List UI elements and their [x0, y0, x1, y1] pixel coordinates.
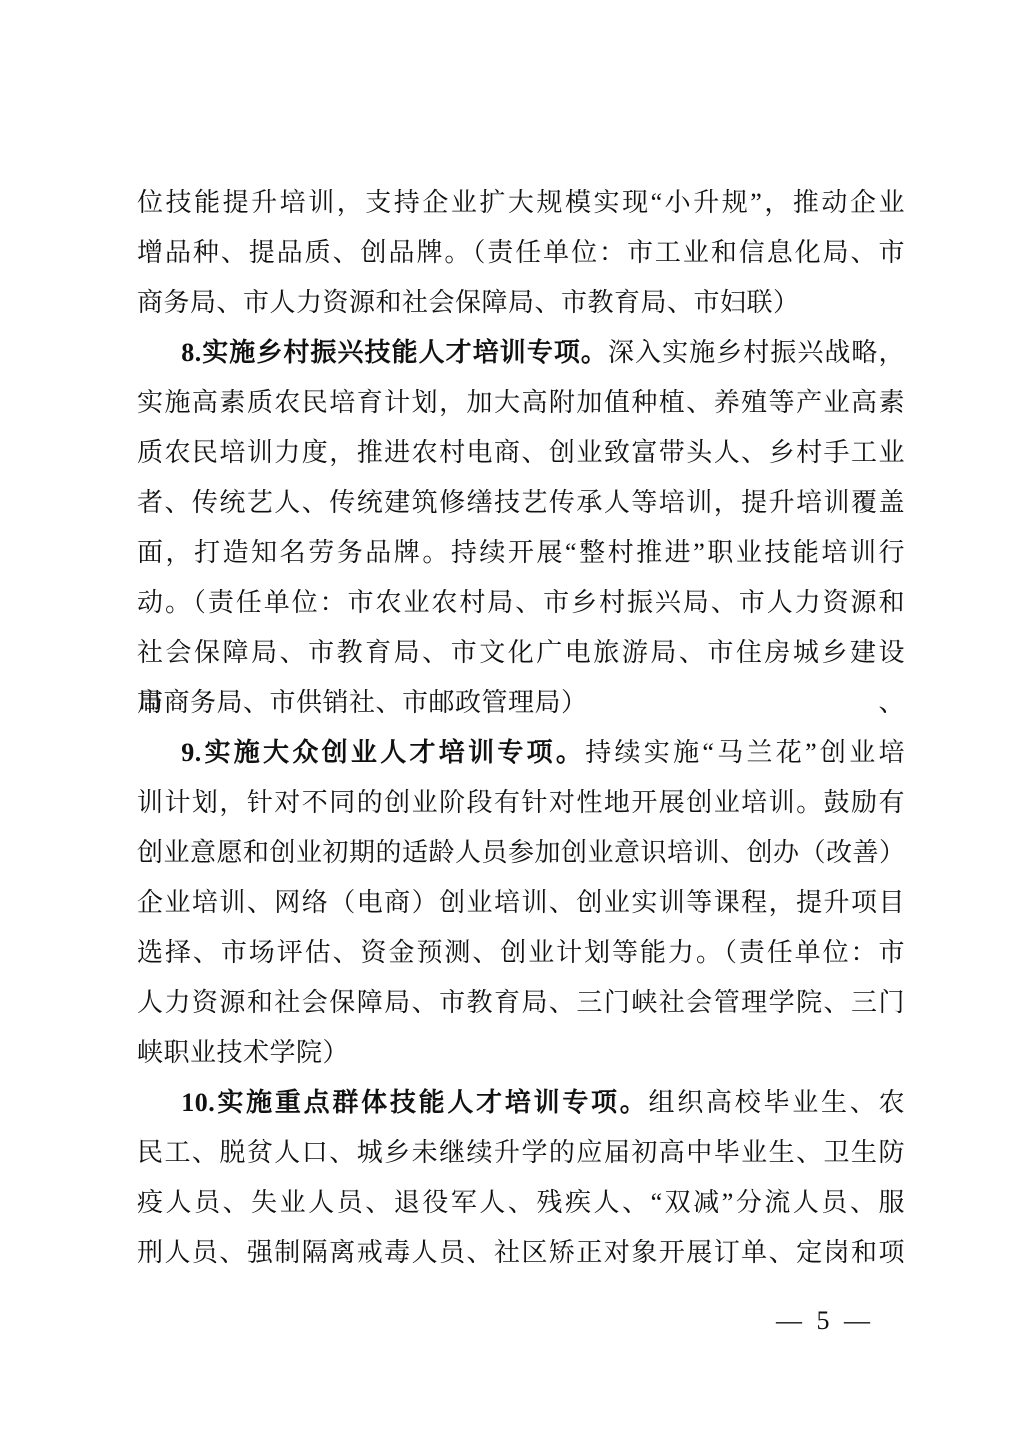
text-line: 位技能提升培训，支持企业扩大规模实现“小升规”，推动企业 [137, 178, 905, 228]
text-line: 者、传统艺人、传统建筑修缮技艺传承人等培训，提升培训覆盖 [137, 478, 905, 528]
line-text: 选择、市场评估、资金预测、创业计划等能力。（责任单位：市 [137, 938, 905, 967]
line-text: 疫人员、失业人员、退役军人、残疾人、“双减”分流人员、服 [137, 1188, 905, 1217]
line-text: 刑人员、强制隔离戒毒人员、社区矫正对象开展订单、定岗和项 [137, 1238, 905, 1267]
text-line: 质农民培训力度，推进农村电商、创业致富带头人、乡村手工业 [137, 428, 905, 478]
line-text: 企业培训、网络（电商）创业培训、创业实训等课程，提升项目 [137, 888, 905, 917]
text-line: 商务局、市人力资源和社会保障局、市教育局、市妇联） [137, 278, 905, 328]
text-line: 9.实施大众创业人才培训专项。持续实施“马兰花”创业培 [137, 728, 905, 778]
line-text: 深入实施乡村振兴战略， [608, 338, 905, 367]
text-line: 社会保障局、市教育局、市文化广电旅游局、市住房城乡建设局、 [137, 628, 905, 678]
line-text: 商务局、市人力资源和社会保障局、市教育局、市妇联） [137, 288, 800, 317]
text-line: 增品种、提品质、创品牌。（责任单位：市工业和信息化局、市 [137, 228, 905, 278]
line-text: 者、传统艺人、传统建筑修缮技艺传承人等培训，提升培训覆盖 [137, 488, 905, 517]
line-text: 人力资源和社会保障局、市教育局、三门峡社会管理学院、三门 [137, 988, 905, 1017]
text-line: 训计划，针对不同的创业阶段有针对性地开展创业培训。鼓励有 [137, 778, 905, 828]
text-line: 疫人员、失业人员、退役军人、残疾人、“双减”分流人员、服 [137, 1178, 905, 1228]
page-number: — 5 — [776, 1305, 874, 1337]
line-text: 位技能提升培训，支持企业扩大规模实现“小升规”，推动企业 [137, 188, 905, 217]
text-line: 人力资源和社会保障局、市教育局、三门峡社会管理学院、三门 [137, 978, 905, 1028]
text-line: 创业意愿和创业初期的适龄人员参加创业意识培训、创办（改善） [137, 828, 905, 878]
line-text: 面，打造知名劳务品牌。持续开展“整村推进”职业技能培训行 [137, 538, 905, 567]
text-line: 动。（责任单位：市农业农村局、市乡村振兴局、市人力资源和 [137, 578, 905, 628]
line-text: 峡职业技术学院） [137, 1038, 349, 1067]
text-line: 10.实施重点群体技能人才培训专项。组织高校毕业生、农 [137, 1078, 905, 1128]
line-text: 组织高校毕业生、农 [649, 1088, 905, 1117]
text-line: 选择、市场评估、资金预测、创业计划等能力。（责任单位：市 [137, 928, 905, 978]
line-text: 动。（责任单位：市农业农村局、市乡村振兴局、市人力资源和 [137, 588, 905, 617]
document-body: 位技能提升培训，支持企业扩大规模实现“小升规”，推动企业增品种、提品质、创品牌。… [137, 178, 905, 1278]
section-heading: 9.实施大众创业人才培训专项。 [181, 738, 585, 767]
text-line: 8.实施乡村振兴技能人才培训专项。深入实施乡村振兴战略， [137, 328, 905, 378]
line-text: 市商务局、市供销社、市邮政管理局） [137, 688, 588, 717]
text-line: 峡职业技术学院） [137, 1028, 905, 1078]
document-page: 位技能提升培训，支持企业扩大规模实现“小升规”，推动企业增品种、提品质、创品牌。… [0, 0, 1024, 1455]
text-line: 实施高素质农民培育计划，加大高附加值种植、养殖等产业高素 [137, 378, 905, 428]
line-text: 实施高素质农民培育计划，加大高附加值种植、养殖等产业高素 [137, 388, 905, 417]
section-heading: 8.实施乡村振兴技能人才培训专项。 [181, 338, 608, 367]
text-line: 刑人员、强制隔离戒毒人员、社区矫正对象开展订单、定岗和项 [137, 1228, 905, 1278]
text-line: 民工、脱贫人口、城乡未继续升学的应届初高中毕业生、卫生防 [137, 1128, 905, 1178]
line-text: 增品种、提品质、创品牌。（责任单位：市工业和信息化局、市 [137, 238, 905, 267]
text-line: 面，打造知名劳务品牌。持续开展“整村推进”职业技能培训行 [137, 528, 905, 578]
line-text: 质农民培训力度，推进农村电商、创业致富带头人、乡村手工业 [137, 438, 905, 467]
line-text: 训计划，针对不同的创业阶段有针对性地开展创业培训。鼓励有 [137, 788, 905, 817]
line-text: 创业意愿和创业初期的适龄人员参加创业意识培训、创办（改善） [137, 838, 906, 867]
line-text: 民工、脱贫人口、城乡未继续升学的应届初高中毕业生、卫生防 [137, 1138, 905, 1167]
text-line: 企业培训、网络（电商）创业培训、创业实训等课程，提升项目 [137, 878, 905, 928]
line-text: 持续实施“马兰花”创业培 [585, 738, 905, 767]
section-heading: 10.实施重点群体技能人才培训专项。 [181, 1088, 648, 1117]
